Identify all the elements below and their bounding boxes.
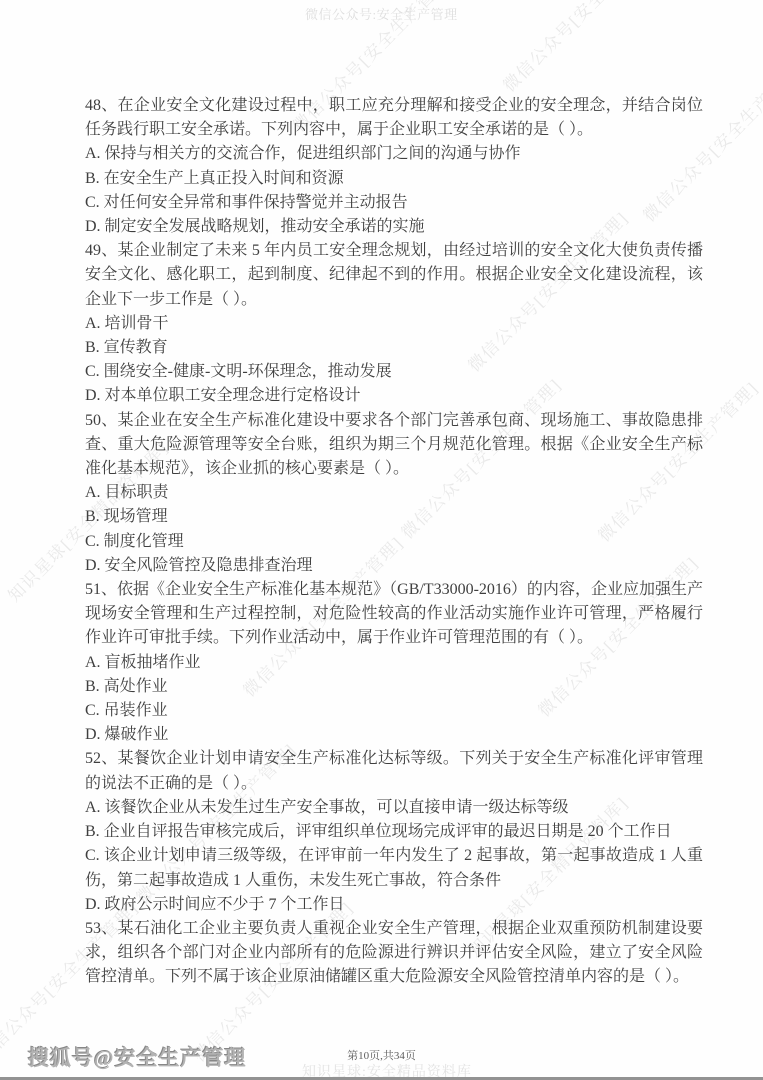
option-line: D. 政府公示时间应不少于 7 个工作日 — [85, 893, 703, 917]
option-line: A. 保持与相关方的交流合作，促进组织部门之间的沟通与协作 — [85, 142, 703, 166]
question-50: 50、某企业在安全生产标准化建设中要求各个部门完善承包商、现场施工、事故隐患排查… — [85, 409, 703, 578]
question-stem: 48、在企业安全文化建设过程中，职工应充分理解和接受企业的安全理念，并结合岗位任… — [85, 94, 703, 142]
option-line: C. 围绕安全-健康-文明-环保理念，推动发展 — [85, 360, 703, 384]
option-line: B. 高处作业 — [85, 675, 703, 699]
option-line: C. 对任何安全异常和事件保持警觉并主动报告 — [85, 191, 703, 215]
option-line: D. 制定安全发展战略规划，推动安全承诺的实施 — [85, 215, 703, 239]
question-52: 52、某餐饮企业计划申请安全生产标准化达标等级。下列关于安全生产标准化评审管理的… — [85, 747, 703, 916]
questions: 48、在企业安全文化建设过程中，职工应充分理解和接受企业的安全理念，并结合岗位任… — [85, 94, 703, 990]
question-stem: 50、某企业在安全生产标准化建设中要求各个部门完善承包商、现场施工、事故隐患排查… — [85, 409, 703, 482]
option-line: D. 安全风险管控及隐患排查治理 — [85, 554, 703, 578]
option-line: C. 吊装作业 — [85, 699, 703, 723]
option-line: B. 在安全生产上真正投入时间和资源 — [85, 167, 703, 191]
option-line: B. 宣传教育 — [85, 336, 703, 360]
option-line: A. 盲板抽堵作业 — [85, 651, 703, 675]
question-48: 48、在企业安全文化建设过程中，职工应充分理解和接受企业的安全理念，并结合岗位任… — [85, 94, 703, 239]
document-page: 微信公众号[安全生产管理]微信公众号[安全生产管理]微信公众号[安全生产管理]微… — [0, 0, 763, 1080]
option-line: C. 制度化管理 — [85, 530, 703, 554]
diagonal-watermark: 微信公众号[安全生产管理] — [496, 0, 668, 96]
page: { "page": { "top_watermark": "微信公众号:安全生产… — [0, 0, 763, 1080]
option-line: A. 培训骨干 — [85, 312, 703, 336]
option-line: B. 企业自评报告审核完成后，评审组织单位现场完成评审的最迟日期是 20 个工作… — [85, 820, 703, 844]
option-line: A. 目标职责 — [85, 481, 703, 505]
option-line: D. 对本单位职工安全理念进行定格设计 — [85, 384, 703, 408]
option-line: D. 爆破作业 — [85, 723, 703, 747]
question-51: 51、依据《企业安全生产标准化基本规范》（GB/T33000-2016）的内容，… — [85, 578, 703, 747]
question-49: 49、某企业制定了未来 5 年内员工安全理念规划，由经过培训的安全文化大使负责传… — [85, 239, 703, 408]
option-line: B. 现场管理 — [85, 505, 703, 529]
option-line: C. 该企业计划申请三级等级，在评审前一年内发生了 2 起事故，第一起事故造成 … — [85, 844, 703, 892]
question-stem: 53、某石油化工企业主要负责人重视企业安全生产管理，根据企业双重预防机制建设要求… — [85, 917, 703, 990]
top-watermark: 微信公众号:安全生产管理 — [305, 4, 458, 23]
question-stem: 51、依据《企业安全生产标准化基本规范》（GB/T33000-2016）的内容，… — [85, 578, 703, 651]
question-stem: 49、某企业制定了未来 5 年内员工安全理念规划，由经过培训的安全文化大使负责传… — [85, 239, 703, 312]
option-line: A. 该餐饮企业从未发生过生产安全事故，可以直接申请一级达标等级 — [85, 796, 703, 820]
question-53: 53、某石油化工企业主要负责人重视企业安全生产管理，根据企业双重预防机制建设要求… — [85, 917, 703, 990]
question-stem: 52、某餐饮企业计划申请安全生产标准化达标等级。下列关于安全生产标准化评审管理的… — [85, 747, 703, 795]
